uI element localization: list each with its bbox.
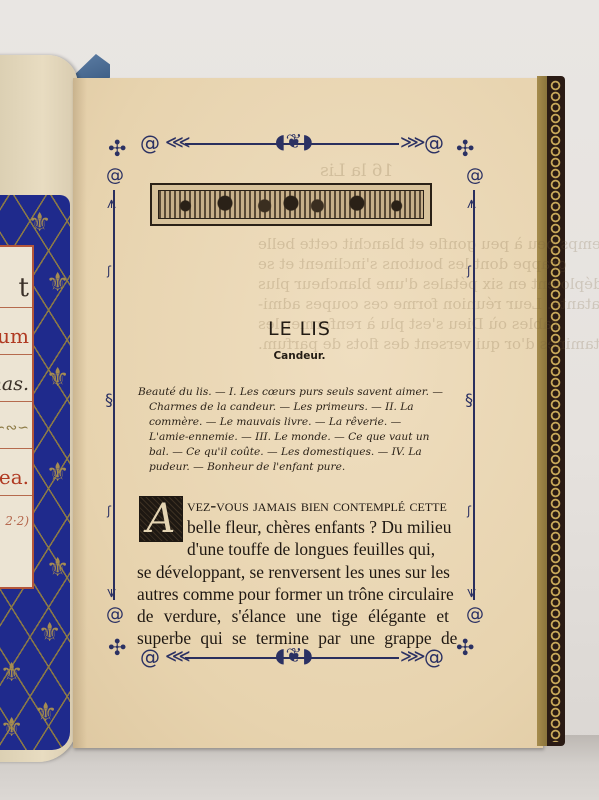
side-knot-icon: ʃ [107,265,111,277]
body-line: belle fleur, chères enfants ? Du milieu [137,516,473,538]
corner-rosette-icon: ✣ [108,638,126,660]
palmette-icon: ⋙ [400,134,426,152]
bleed-through-line: déploient en six pétales d'une blancheur… [258,275,599,293]
side-scroll-icon: § [465,392,473,408]
plate-text: 2·2) [5,514,29,528]
bleed-through-line: grappe dont les boutons s'inclinent et s… [258,255,567,273]
fleur-de-lis-icon: ⚜ [0,660,23,686]
headpiece-ornament-icon [150,183,432,226]
spiral-scroll-icon: @ [106,606,124,624]
body-line: autres comme pour former un trône circul… [137,583,473,605]
plate-text: nea. [0,465,29,489]
palmette-icon: ⩚ [107,195,116,211]
spiral-scroll-icon: @ [424,647,444,667]
body-line: vez-vous jamais bien contemplé cette [137,494,473,516]
palmette-icon: ⋙ [400,648,426,666]
gilt-scroll-pattern [548,80,563,742]
palmette-icon: ⋘ [165,134,191,152]
fleur-de-lis-icon: ⚜ [46,460,69,486]
body-line: de verdure, s'élance une tige élégante e… [137,605,473,627]
palmette-icon: ⋘ [165,648,191,666]
chapter-subtitle: Candeur. [0,350,599,362]
fleur-de-lis-icon: ⚜ [46,555,69,581]
summary-line: L'amie-ennemie. — III. Le monde. — Ce qu… [138,430,438,445]
fleur-de-lis-icon: ⚜ [0,715,23,741]
plate-text: nas. [0,373,29,395]
body-line: d'une touffe de longues feuilles qui, [137,538,473,560]
title-plate: t um nas. ∽∾∽ nea. 2·2) [0,245,34,589]
fleur-de-lis-icon: ⚜ [34,700,57,726]
body-line: superbe qui se termine par une grappe de [137,627,473,649]
side-scroll-icon: § [105,392,113,408]
bleed-through-header: 16 la Lis [320,161,393,181]
gilt-book-edge [537,76,565,746]
bookmark-ribbon [73,54,110,80]
summary-line: bal. — Ce qu'il coûte. — Les domestiques… [138,445,438,460]
chapter-summary: Beauté du lis. — I. Les cœurs purs seuls… [138,385,438,475]
scroll-ornament-icon: ∽∾∽ [0,420,29,436]
summary-line: commère. — Le mauvais livre. — La rêveri… [138,415,438,430]
fleur-de-lis-icon: ⚜ [46,365,69,391]
chapter-title: LE LIS [0,318,599,340]
palmette-icon: ⩛ [107,584,116,600]
side-knot-icon: ʃ [107,505,111,517]
gutter-shadow [73,78,87,748]
cartouche-ornament-icon: ◖❦◗ [275,131,313,151]
spiral-scroll-icon: @ [140,647,160,667]
fleur-de-lis-icon: ⚜ [46,270,69,296]
left-page: ⚜ ⚜ ⚜ ⚜ ⚜ ⚜ ⚜ ⚜ ⚜ t um nas. ∽∾∽ nea. 2·2… [0,55,78,762]
spiral-scroll-icon: @ [106,167,124,185]
corner-rosette-icon: ✣ [108,139,126,161]
bleed-through-line: temps peu à peu gonfle et blanchit cette… [258,235,599,253]
summary-line: Beauté du lis. — I. Les cœurs purs seuls… [138,385,438,400]
spiral-scroll-icon: @ [424,133,444,153]
corner-rosette-icon: ✣ [456,139,474,161]
plate-text: t [19,273,29,303]
palmette-icon: ⩚ [467,195,476,211]
body-text: vez-vous jamais bien contemplé cette bel… [137,494,473,649]
summary-line: Charmes de la candeur. — Les primeurs. —… [138,400,438,415]
side-knot-icon: ʃ [467,265,471,277]
fleur-de-lis-icon: ⚜ [28,210,51,236]
spiral-scroll-icon: @ [140,133,160,153]
body-line: se développant, se renversent les unes s… [137,561,473,583]
spiral-scroll-icon: @ [466,167,484,185]
bleed-through-line: éclatante. Leur réunion forme ces coupes… [258,295,599,313]
fleur-de-lis-icon: ⚜ [38,620,61,646]
summary-line: pudeur. — Bonheur de l'enfant pure. [138,460,438,475]
